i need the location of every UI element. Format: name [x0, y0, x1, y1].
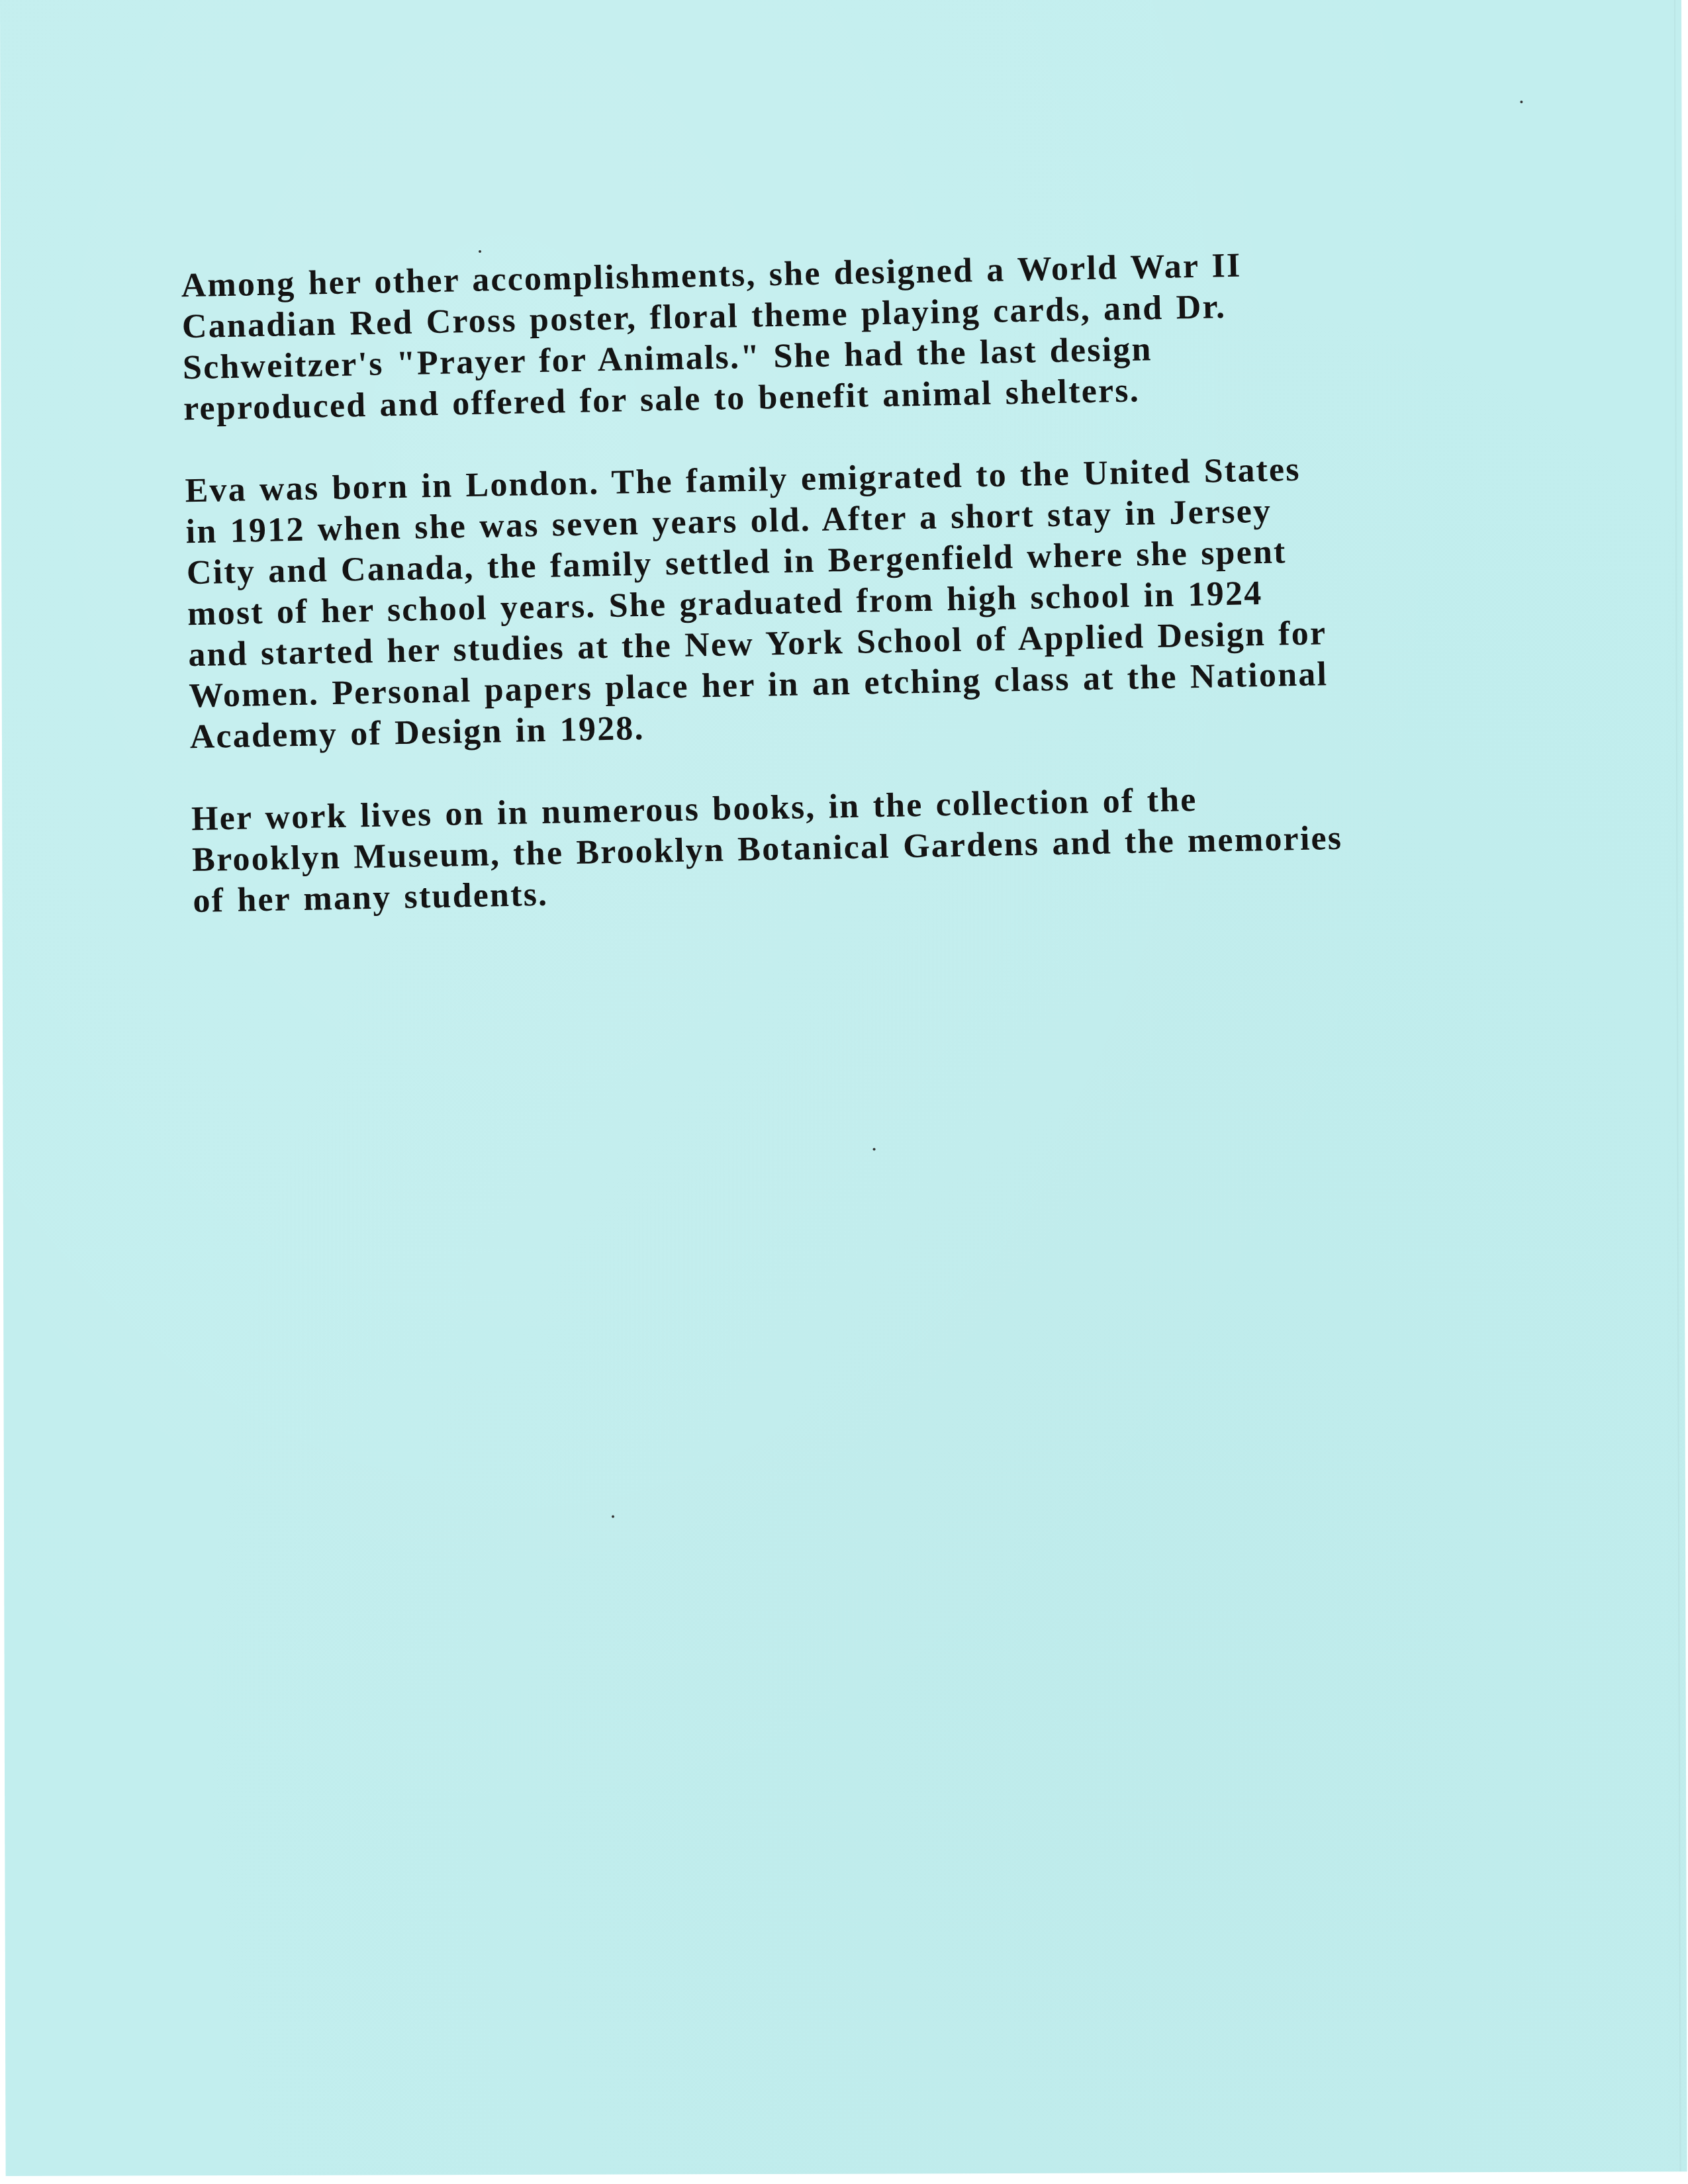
dust-speck — [873, 1148, 876, 1151]
paragraph-accomplishments: Among her other accomplishments, she des… — [181, 242, 1441, 430]
dust-speck — [612, 1516, 614, 1518]
dust-speck — [479, 250, 481, 253]
paper-page: Among her other accomplishments, she des… — [0, 0, 1687, 2176]
paragraph-legacy: Her work lives on in numerous books, in … — [191, 775, 1451, 922]
paragraph-biography: Eva was born in London. The family emigr… — [185, 447, 1448, 758]
dust-speck — [1520, 101, 1523, 103]
paper-edge-shadow — [1674, 0, 1682, 2171]
body-text: Among her other accomplishments, she des… — [181, 242, 1452, 963]
